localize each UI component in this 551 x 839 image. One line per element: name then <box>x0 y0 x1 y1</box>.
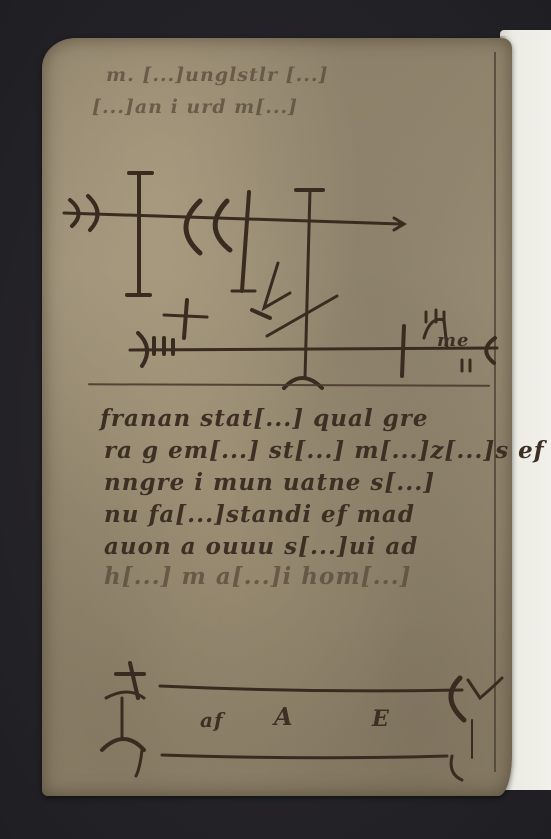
band-glyph-1: af <box>200 707 224 733</box>
sigil-band-bottom <box>42 38 512 796</box>
band-glyph-3: E <box>372 706 390 732</box>
band-glyph-2: A <box>274 704 294 730</box>
manuscript-page: m. [...]unglstlr [...] [...]an i urd m[.… <box>42 38 512 796</box>
